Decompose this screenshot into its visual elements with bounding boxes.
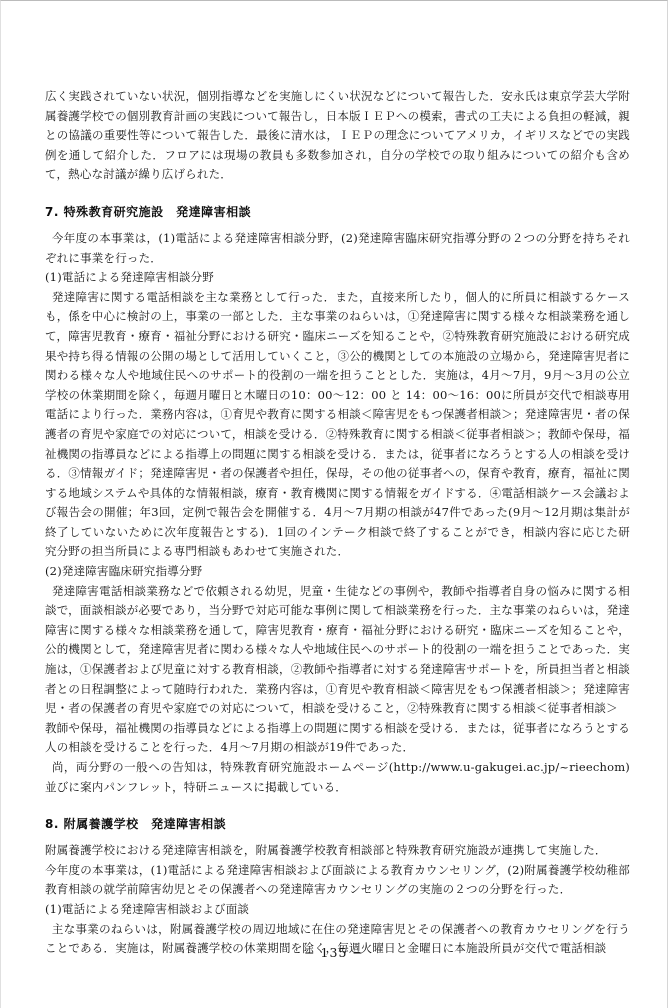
section8-intro-line1: 附属養護学校における発達障害相談を，附属養護学校教育相談部と特殊教育研究施設が連… [45,841,630,861]
section7-intro-paragraph: 今年度の本事業は，(1)電話による発達障害相談分野，(2)発達障害臨床研究指導分… [45,229,630,268]
page-number: − 135 − [1,945,667,960]
page-content: 広く実践されていない状況，個別指導などを実施しにくい状況などについて報告した．安… [45,87,630,959]
section8-sub1-heading: (1)電話による発達障害相談および面談 [45,900,630,920]
continuation-paragraph: 広く実践されていない状況，個別指導などを実施しにくい状況などについて報告した．安… [45,87,630,185]
section7-sub2-paragraph: 発達障害電話相談業務などで依頼される幼児，児童・生徒などの事例や，教師や指導者自… [45,582,630,719]
section7-sub1-heading: (1)電話による発達障害相談分野 [45,268,630,288]
section7-heading: 7. 特殊教育研究施設 発達障害相談 [45,202,630,222]
section8-intro-line2: 今年度の本事業は，(1)電話による発達障害相談および面談による教育カウンセリング… [45,861,630,900]
document-page: 広く実践されていない状況，個別指導などを実施しにくい状況などについて報告した．安… [0,0,668,1008]
section8-heading: 8. 附属養護学校 発達障害相談 [45,814,630,834]
section7-sub2-continuation-paragraph: 教師や保母，福祉機関の指導員などによる指導上の問題に関する相談を受ける．または，… [45,719,630,758]
section7-notice-paragraph: 尚，両分野の一般への告知は，特殊教育研究施設ホームページ(http://www.… [45,758,630,797]
section7-sub1-paragraph: 発達障害に関する電話相談を主な業務として行った．また，直接来所したり，個人的に所… [45,288,630,562]
section7-sub2-heading: (2)発達障害臨床研究指導分野 [45,562,630,582]
